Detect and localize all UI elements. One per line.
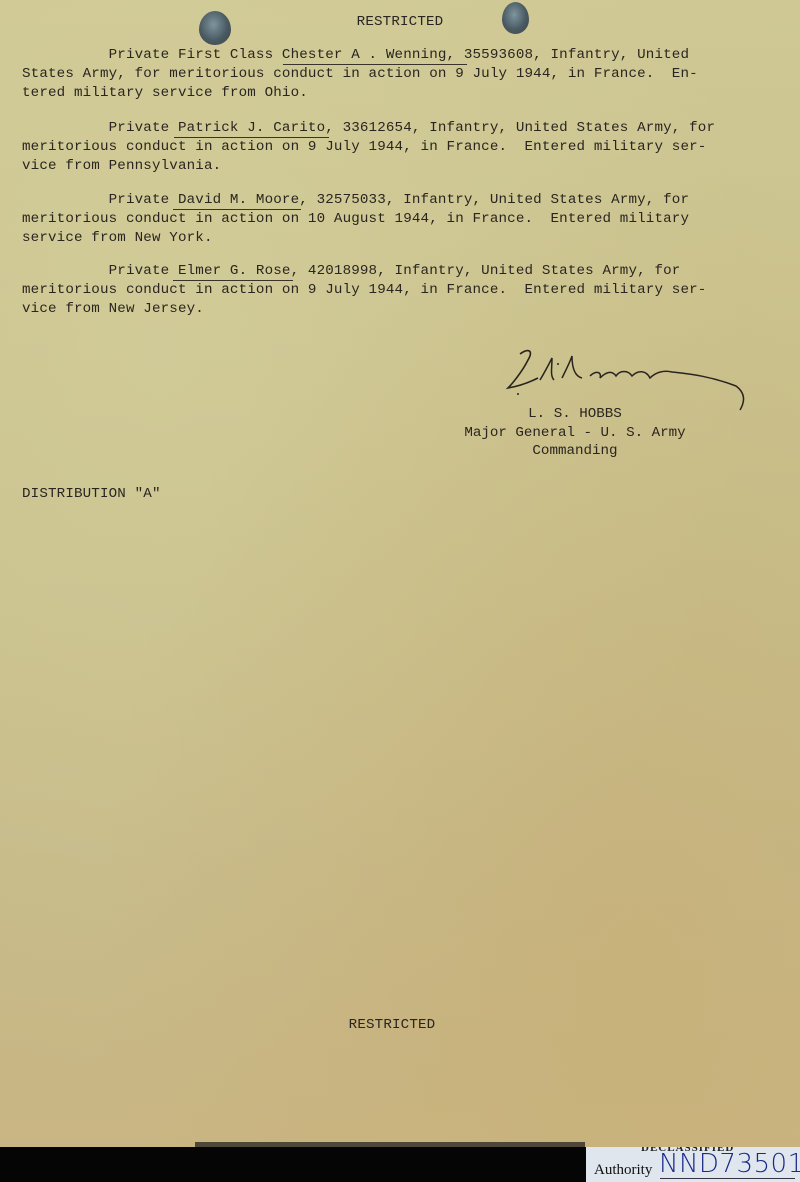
citation-line: tered military service from Ohio. [22,84,308,103]
scan-border [0,1147,586,1182]
citation-line: meritorious conduct in action on 9 July … [22,138,706,157]
citation-line: meritorious conduct in action on 10 Augu… [22,210,689,229]
citation-line: meritorious conduct in action on 9 July … [22,281,706,300]
name-underline [173,209,301,210]
citation-line: States Army, for meritorious conduct in … [22,65,698,84]
citation-line: Private Elmer G. Rose, 42018998, Infantr… [22,262,680,281]
citation-line: Private David M. Moore, 32575033, Infant… [22,191,689,210]
distribution-line: DISTRIBUTION "A" [22,485,161,504]
citation-line: vice from Pennsylvania. [22,157,221,176]
signature-block: L. S. HOBBS Major General - U. S. Army C… [440,405,710,461]
declassification-stamp: DECLASSIFIED Authority NND735017 [586,1147,800,1182]
citation-line: vice from New Jersey. [22,300,204,319]
header-classification: RESTRICTED [0,13,800,32]
name-underline [283,64,467,65]
citation-line: Private Patrick J. Carito, 33612654, Inf… [22,119,715,138]
signatory-title: Major General - U. S. Army [440,424,710,443]
footer-classification: RESTRICTED [0,1016,792,1035]
stamp-underline [660,1178,795,1179]
name-underline [174,137,329,138]
signatory-role: Commanding [440,442,710,461]
document-page: RESTRICTED Private First Class Chester A… [0,0,800,1147]
citation-line: Private First Class Chester A . Wenning,… [22,46,689,65]
signatory-name: L. S. HOBBS [440,405,710,424]
stamp-label: Authority [594,1162,652,1179]
name-underline [173,280,293,281]
citation-line: service from New York. [22,229,213,248]
stamp-authority-number: NND735017 [659,1149,800,1179]
